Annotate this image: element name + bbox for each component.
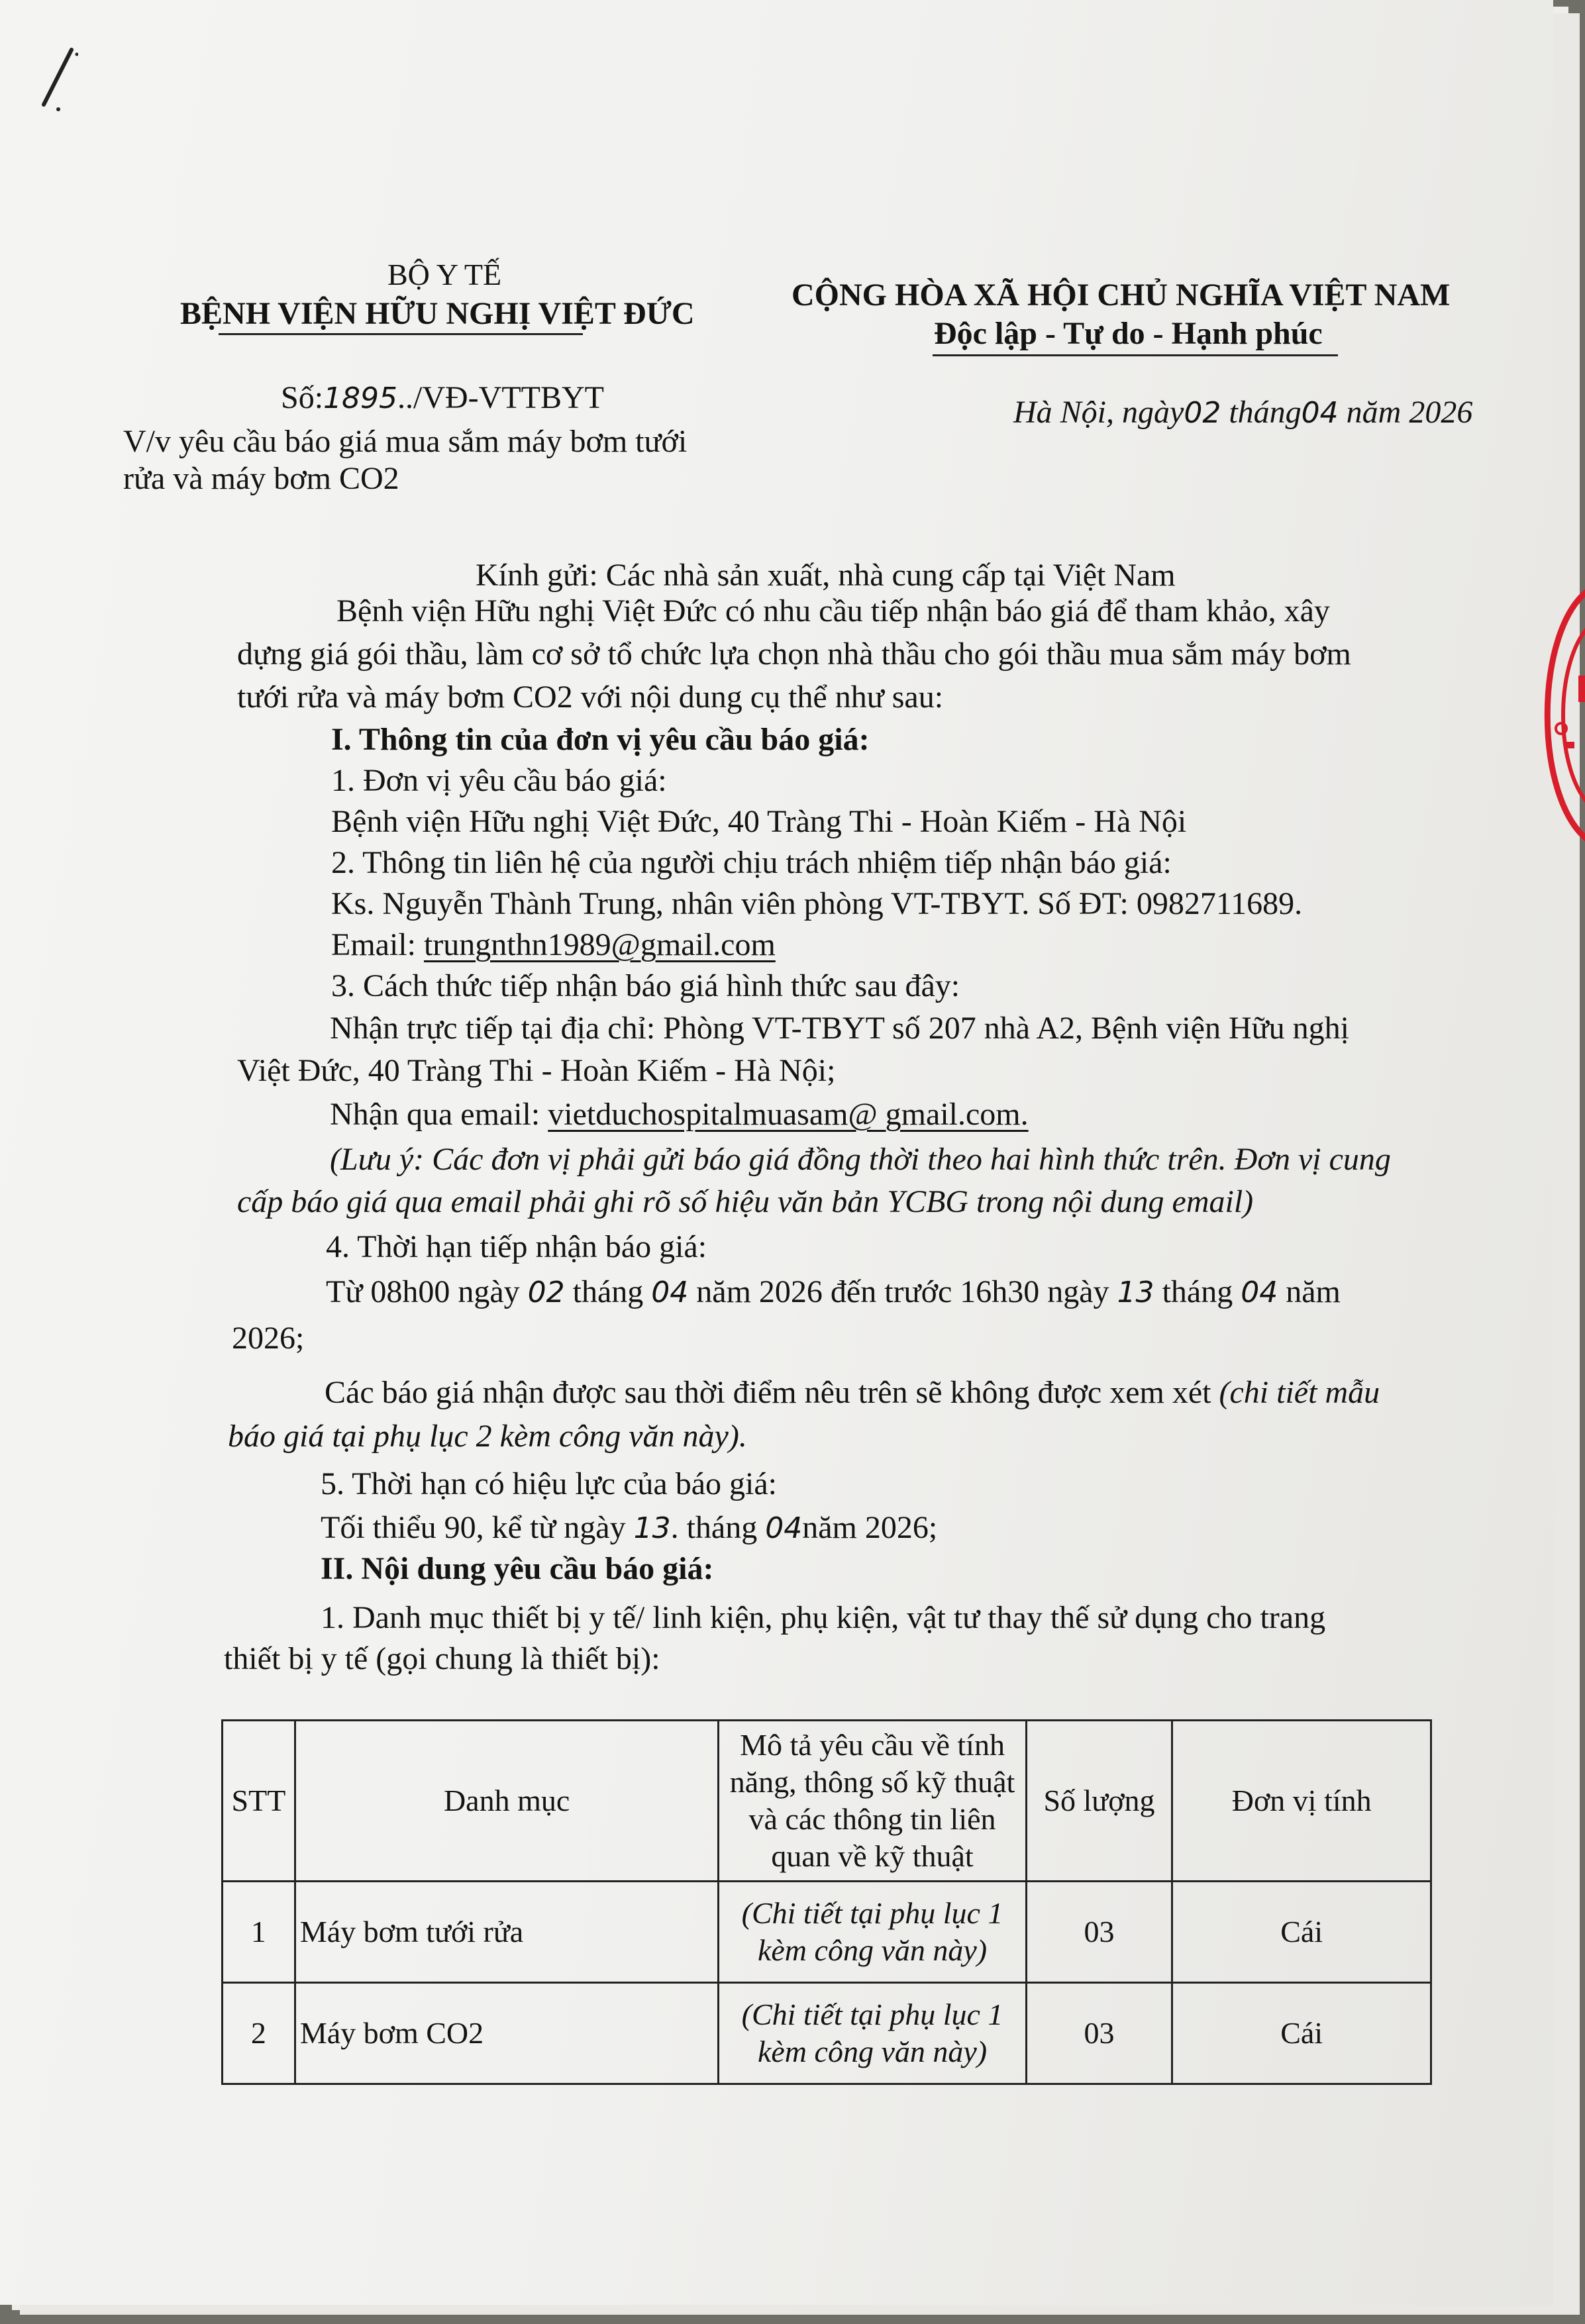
intro-line: dựng giá gói thầu, làm cơ sở tổ chức lựa…: [237, 632, 1449, 676]
row-description: (Chi tiết tại phụ lục 1 kèm công văn này…: [719, 1882, 1026, 1983]
item-4-late-line-2: báo giá tại phụ lục 2 kèm công văn này).: [228, 1416, 747, 1457]
hospital-underline: [219, 333, 583, 335]
note-line-1: (Lưu ý: Các đơn vị phải gửi báo giá đồng…: [330, 1139, 1391, 1180]
item-1-value: Bệnh viện Hữu nghị Việt Đức, 40 Tràng Th…: [331, 801, 1186, 842]
intro-line: tưới rửa và máy bơm CO2 với nội dung cụ …: [237, 676, 1449, 719]
section-2-item-1-line-2: thiết bị y tế (gọi chung là thiết bị):: [224, 1639, 660, 1680]
month-label: tháng: [1162, 1274, 1233, 1309]
contact-email-link[interactable]: trungnthn1989@gmail.com: [424, 927, 776, 962]
header-description: Mô tả yêu cầu về tính năng, thông số kỹ …: [719, 1721, 1026, 1882]
year-label: năm: [1286, 1274, 1341, 1309]
row-unit: Cái: [1172, 1882, 1431, 1983]
subject-line-1: V/v yêu cầu báo giá mua sắm máy bơm tưới: [123, 421, 687, 462]
item-4-year: 2026;: [232, 1318, 304, 1359]
late-italic: (chi tiết mẫu: [1219, 1375, 1380, 1410]
period-from: Từ 08h00 ngày: [326, 1274, 520, 1309]
validity-prefix: Tối thiểu 90, kể từ ngày: [321, 1510, 626, 1545]
national-motto: Độc lập - Tự do - Hạnh phúc: [934, 315, 1323, 352]
header-unit: Đơn vị tính: [1172, 1721, 1431, 1882]
period-middle: năm 2026 đến trước 16h30 ngày: [696, 1274, 1109, 1309]
handwritten-slash-mark: [38, 46, 78, 113]
national-title: CỘNG HÒA XÃ HỘI CHỦ NGHĨA VIỆT NAM: [792, 277, 1450, 313]
validity-suffix: năm 2026;: [802, 1510, 937, 1545]
item-3-email-row: Nhận qua email: vietduchospitalmuasam@ g…: [330, 1094, 1029, 1135]
date-place: Hà Nội, ngày: [1013, 395, 1184, 430]
note-line-2: cấp báo giá qua email phải ghi rõ số hiệ…: [237, 1182, 1253, 1223]
month-label: tháng: [573, 1274, 644, 1309]
item-4-late-line-1: Các báo giá nhận được sau thời điểm nêu …: [325, 1372, 1380, 1413]
header-quantity: Số lượng: [1026, 1721, 1172, 1882]
number-suffix: /VĐ-VTTBYT: [413, 380, 604, 415]
from-month: 04: [651, 1276, 688, 1309]
to-month: 04: [1241, 1276, 1278, 1309]
item-3-direct-line-1: Nhận trực tiếp tại địa chỉ: Phòng VT-TBY…: [330, 1008, 1349, 1049]
red-seal-stamp: [1520, 576, 1585, 854]
date-year: năm 2026: [1347, 395, 1473, 430]
item-3-direct-line-2: Việt Đức, 40 Tràng Thi - Hoàn Kiếm - Hà …: [237, 1050, 835, 1091]
table-header-row: STT Danh mục Mô tả yêu cầu về tính năng,…: [223, 1721, 1431, 1882]
row-stt: 1: [223, 1882, 295, 1983]
item-5-label: 5. Thời hạn có hiệu lực của báo giá:: [321, 1464, 777, 1505]
number-dots: ..: [397, 380, 413, 415]
hospital-name: BỆNH VIỆN HỮU NGHỊ VIỆT ĐỨC: [180, 295, 695, 332]
validity-day: 13: [634, 1511, 671, 1545]
row-stt: 2: [223, 1983, 295, 2084]
item-4-period: Từ 08h00 ngày 02 tháng 04 năm 2026 đến t…: [326, 1272, 1341, 1313]
row-description: (Chi tiết tại phụ lục 1 kèm công văn này…: [719, 1983, 1026, 2084]
ministry-name: BỘ Y TẾ: [387, 257, 501, 292]
row-unit: Cái: [1172, 1983, 1431, 2084]
table-row: 2 Máy bơm CO2 (Chi tiết tại phụ lục 1 kè…: [223, 1983, 1431, 2084]
header-name: Danh mục: [295, 1721, 719, 1882]
row-name: Máy bơm CO2: [295, 1983, 719, 2084]
equipment-table: STT Danh mục Mô tả yêu cầu về tính năng,…: [221, 1719, 1432, 2085]
row-quantity: 03: [1026, 1882, 1172, 1983]
document-page: BỘ Y TẾ BỆNH VIỆN HỮU NGHỊ VIỆT ĐỨC Số:1…: [0, 0, 1553, 2305]
number-prefix: Số:: [281, 380, 323, 415]
item-2-value: Ks. Nguyễn Thành Trung, nhân viên phòng …: [331, 884, 1302, 925]
number-handwritten: 1895: [323, 381, 397, 415]
date-month: 04: [1302, 396, 1339, 430]
item-3-label: 3. Cách thức tiếp nhận báo giá hình thức…: [331, 966, 960, 1007]
section-2-heading: II. Nội dung yêu cầu báo giá:: [321, 1548, 713, 1590]
item-4-label: 4. Thời hạn tiếp nhận báo giá:: [326, 1227, 707, 1268]
from-day: 02: [528, 1276, 565, 1309]
subject-line-2: rửa và máy bơm CO2: [123, 458, 399, 499]
issue-date: Hà Nội, ngày02 tháng04 năm 2026: [1013, 392, 1472, 434]
row-name: Máy bơm tưới rửa: [295, 1882, 719, 1983]
to-day: 13: [1117, 1276, 1154, 1309]
late-text: Các báo giá nhận được sau thời điểm nêu …: [325, 1375, 1211, 1410]
intro-line: Bệnh viện Hữu nghị Việt Đức có nhu cầu t…: [237, 589, 1449, 632]
intro-paragraph: Bệnh viện Hữu nghị Việt Đức có nhu cầu t…: [237, 589, 1449, 719]
item-1-label: 1. Đơn vị yêu cầu báo giá:: [331, 760, 667, 801]
header-stt: STT: [223, 1721, 295, 1882]
date-day: 02: [1184, 396, 1221, 430]
section-1-heading: I. Thông tin của đơn vị yêu cầu báo giá:: [331, 719, 870, 760]
validity-month-label: . tháng: [671, 1510, 758, 1545]
item-2-label: 2. Thông tin liên hệ của người chịu trác…: [331, 842, 1172, 884]
section-2-item-1-line-1: 1. Danh mục thiết bị y tế/ linh kiện, ph…: [321, 1597, 1325, 1639]
document-number: Số:1895../VĐ-VTTBYT: [281, 378, 604, 419]
row-quantity: 03: [1026, 1983, 1172, 2084]
date-month-label: tháng: [1229, 395, 1301, 430]
item-5-value: Tối thiểu 90, kể từ ngày 13. tháng 04năm…: [321, 1507, 937, 1549]
procurement-email-link[interactable]: vietduchospitalmuasam@ gmail.com.: [548, 1097, 1028, 1132]
email-label: Email:: [331, 927, 416, 962]
validity-month: 04: [765, 1511, 802, 1545]
contact-email-row: Email: trungnthn1989@gmail.com: [331, 925, 776, 966]
table-row: 1 Máy bơm tưới rửa (Chi tiết tại phụ lục…: [223, 1882, 1431, 1983]
motto-underline: [933, 354, 1338, 356]
receive-email-label: Nhận qua email:: [330, 1097, 540, 1132]
